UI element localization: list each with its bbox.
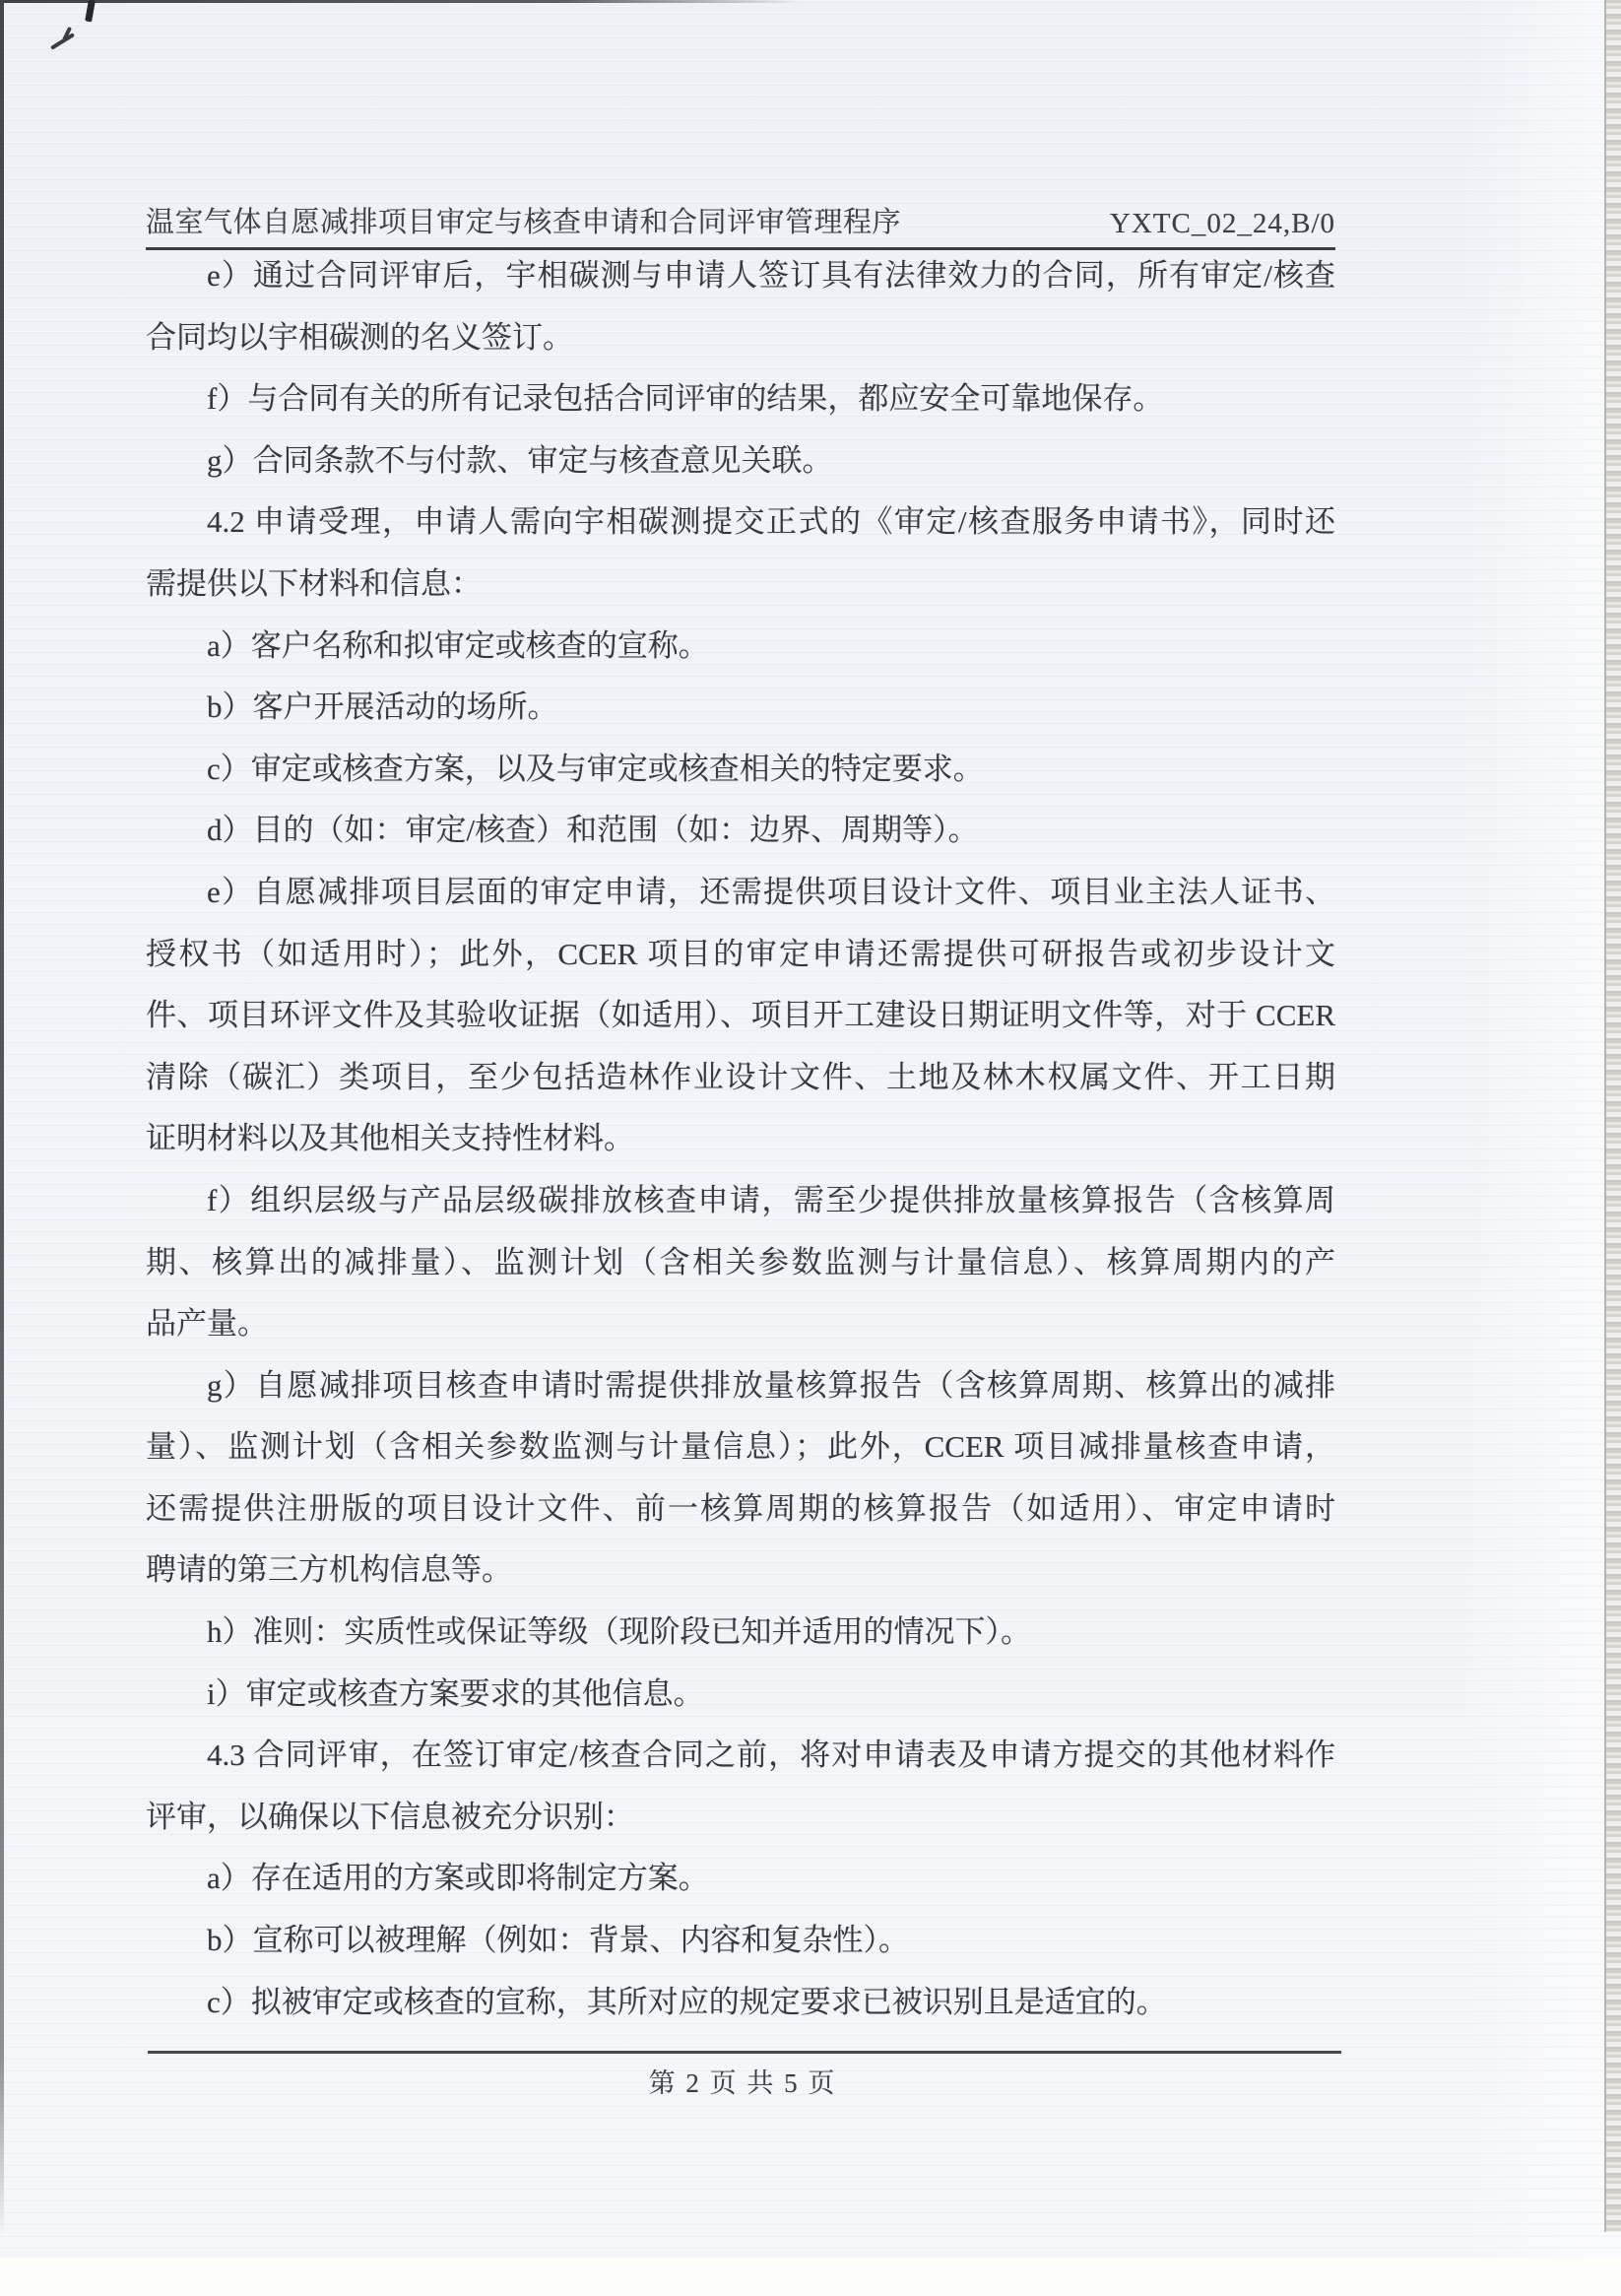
- body-line: f）组织层级与产品层级碳排放核查申请，需至少提供排放量核算报告（含核算周: [146, 1170, 1335, 1232]
- body-line: b）客户开展活动的场所。: [146, 677, 1335, 739]
- scan-edge-top: [0, 0, 802, 3]
- scan-edge-left: [0, 0, 4, 2236]
- body-line: 证明材料以及其他相关支持性材料。: [146, 1108, 1335, 1170]
- body-line: f）与合同有关的所有记录包括合同评审的结果，都应安全可靠地保存。: [146, 368, 1335, 430]
- body-line: 量）、监测计划（含相关参数监测与计量信息）；此外，CCER 项目减排量核查申请，: [146, 1416, 1335, 1478]
- body-line: h）准则：实质性或保证等级（现阶段已知并适用的情况下）。: [146, 1602, 1335, 1664]
- body-line: i）审定或核查方案要求的其他信息。: [146, 1664, 1335, 1726]
- body-line: g）自愿减排项目核查申请时需提供排放量核算报告（含核算周期、核算出的减排: [146, 1355, 1335, 1417]
- body-line: d）目的（如：审定/核查）和范围（如：边界、周期等）。: [146, 800, 1335, 862]
- body-line: 需提供以下材料和信息：: [146, 554, 1335, 616]
- body-line: a）客户名称和拟审定或核查的宣称。: [146, 616, 1335, 678]
- document-body: e）通过合同评审后，宇相碳测与申请人签订具有法律效力的合同，所有审定/核查合同均…: [146, 245, 1335, 2033]
- document-header: 温室气体自愿减排项目审定与核查申请和合同评审管理程序 YXTC_02_24,B/…: [146, 200, 1335, 250]
- body-line: 期、核算出的减排量）、监测计划（含相关参数监测与计量信息）、核算周期内的产: [146, 1232, 1335, 1294]
- document-title: 温室气体自愿减排项目审定与核查申请和合同评审管理程序: [146, 200, 901, 240]
- body-line: 合同均以宇相碳测的名义签订。: [146, 307, 1335, 369]
- body-line: 品产量。: [146, 1293, 1335, 1355]
- body-line: 件、项目环评文件及其验收证据（如适用）、项目开工建设日期证明文件等，对于 CCE…: [146, 985, 1335, 1047]
- body-line: 授权书（如适用时）；此外，CCER 项目的审定申请还需提供可研报告或初步设计文: [146, 924, 1335, 986]
- body-line: c）审定或核查方案，以及与审定或核查相关的特定要求。: [146, 739, 1335, 801]
- document-number: YXTC_02_24,B/0: [1110, 208, 1335, 240]
- body-line: a）存在适用的方案或即将制定方案。: [146, 1848, 1335, 1910]
- body-line: 清除（碳汇）类项目，至少包括造林作业设计文件、土地及林木权属文件、开工日期: [146, 1047, 1335, 1109]
- body-line: c）拟被审定或核查的宣称，其所对应的规定要求已被识别且是适宜的。: [146, 1972, 1335, 2034]
- document-footer: 第 2 页 共 5 页: [146, 2062, 1339, 2100]
- body-line: b）宣称可以被理解（例如：背景、内容和复杂性）。: [146, 1910, 1335, 1972]
- body-line: g）合同条款不与付款、审定与核查意见关联。: [146, 430, 1335, 492]
- body-line: e）通过合同评审后，宇相碳测与申请人签订具有法律效力的合同，所有审定/核查: [146, 245, 1335, 307]
- page-number: 第 2 页 共 5 页: [649, 2068, 837, 2098]
- body-line: 聘请的第三方机构信息等。: [146, 1540, 1335, 1602]
- body-line: 4.2 申请受理，申请人需向宇相碳测提交正式的《审定/核查服务申请书》，同时还: [146, 492, 1335, 554]
- scan-edge-right: [1604, 0, 1621, 2232]
- footer-divider: [148, 2051, 1341, 2054]
- body-line: 评审，以确保以下信息被充分识别：: [146, 1787, 1335, 1849]
- body-line: 4.3 合同评审，在签订审定/核查合同之前，将对申请表及申请方提交的其他材料作: [146, 1725, 1335, 1787]
- body-line: e）自愿减排项目层面的审定申请，还需提供项目设计文件、项目业主法人证书、: [146, 862, 1335, 924]
- body-line: 还需提供注册版的项目设计文件、前一核算周期的核算报告（如适用）、审定申请时: [146, 1478, 1335, 1541]
